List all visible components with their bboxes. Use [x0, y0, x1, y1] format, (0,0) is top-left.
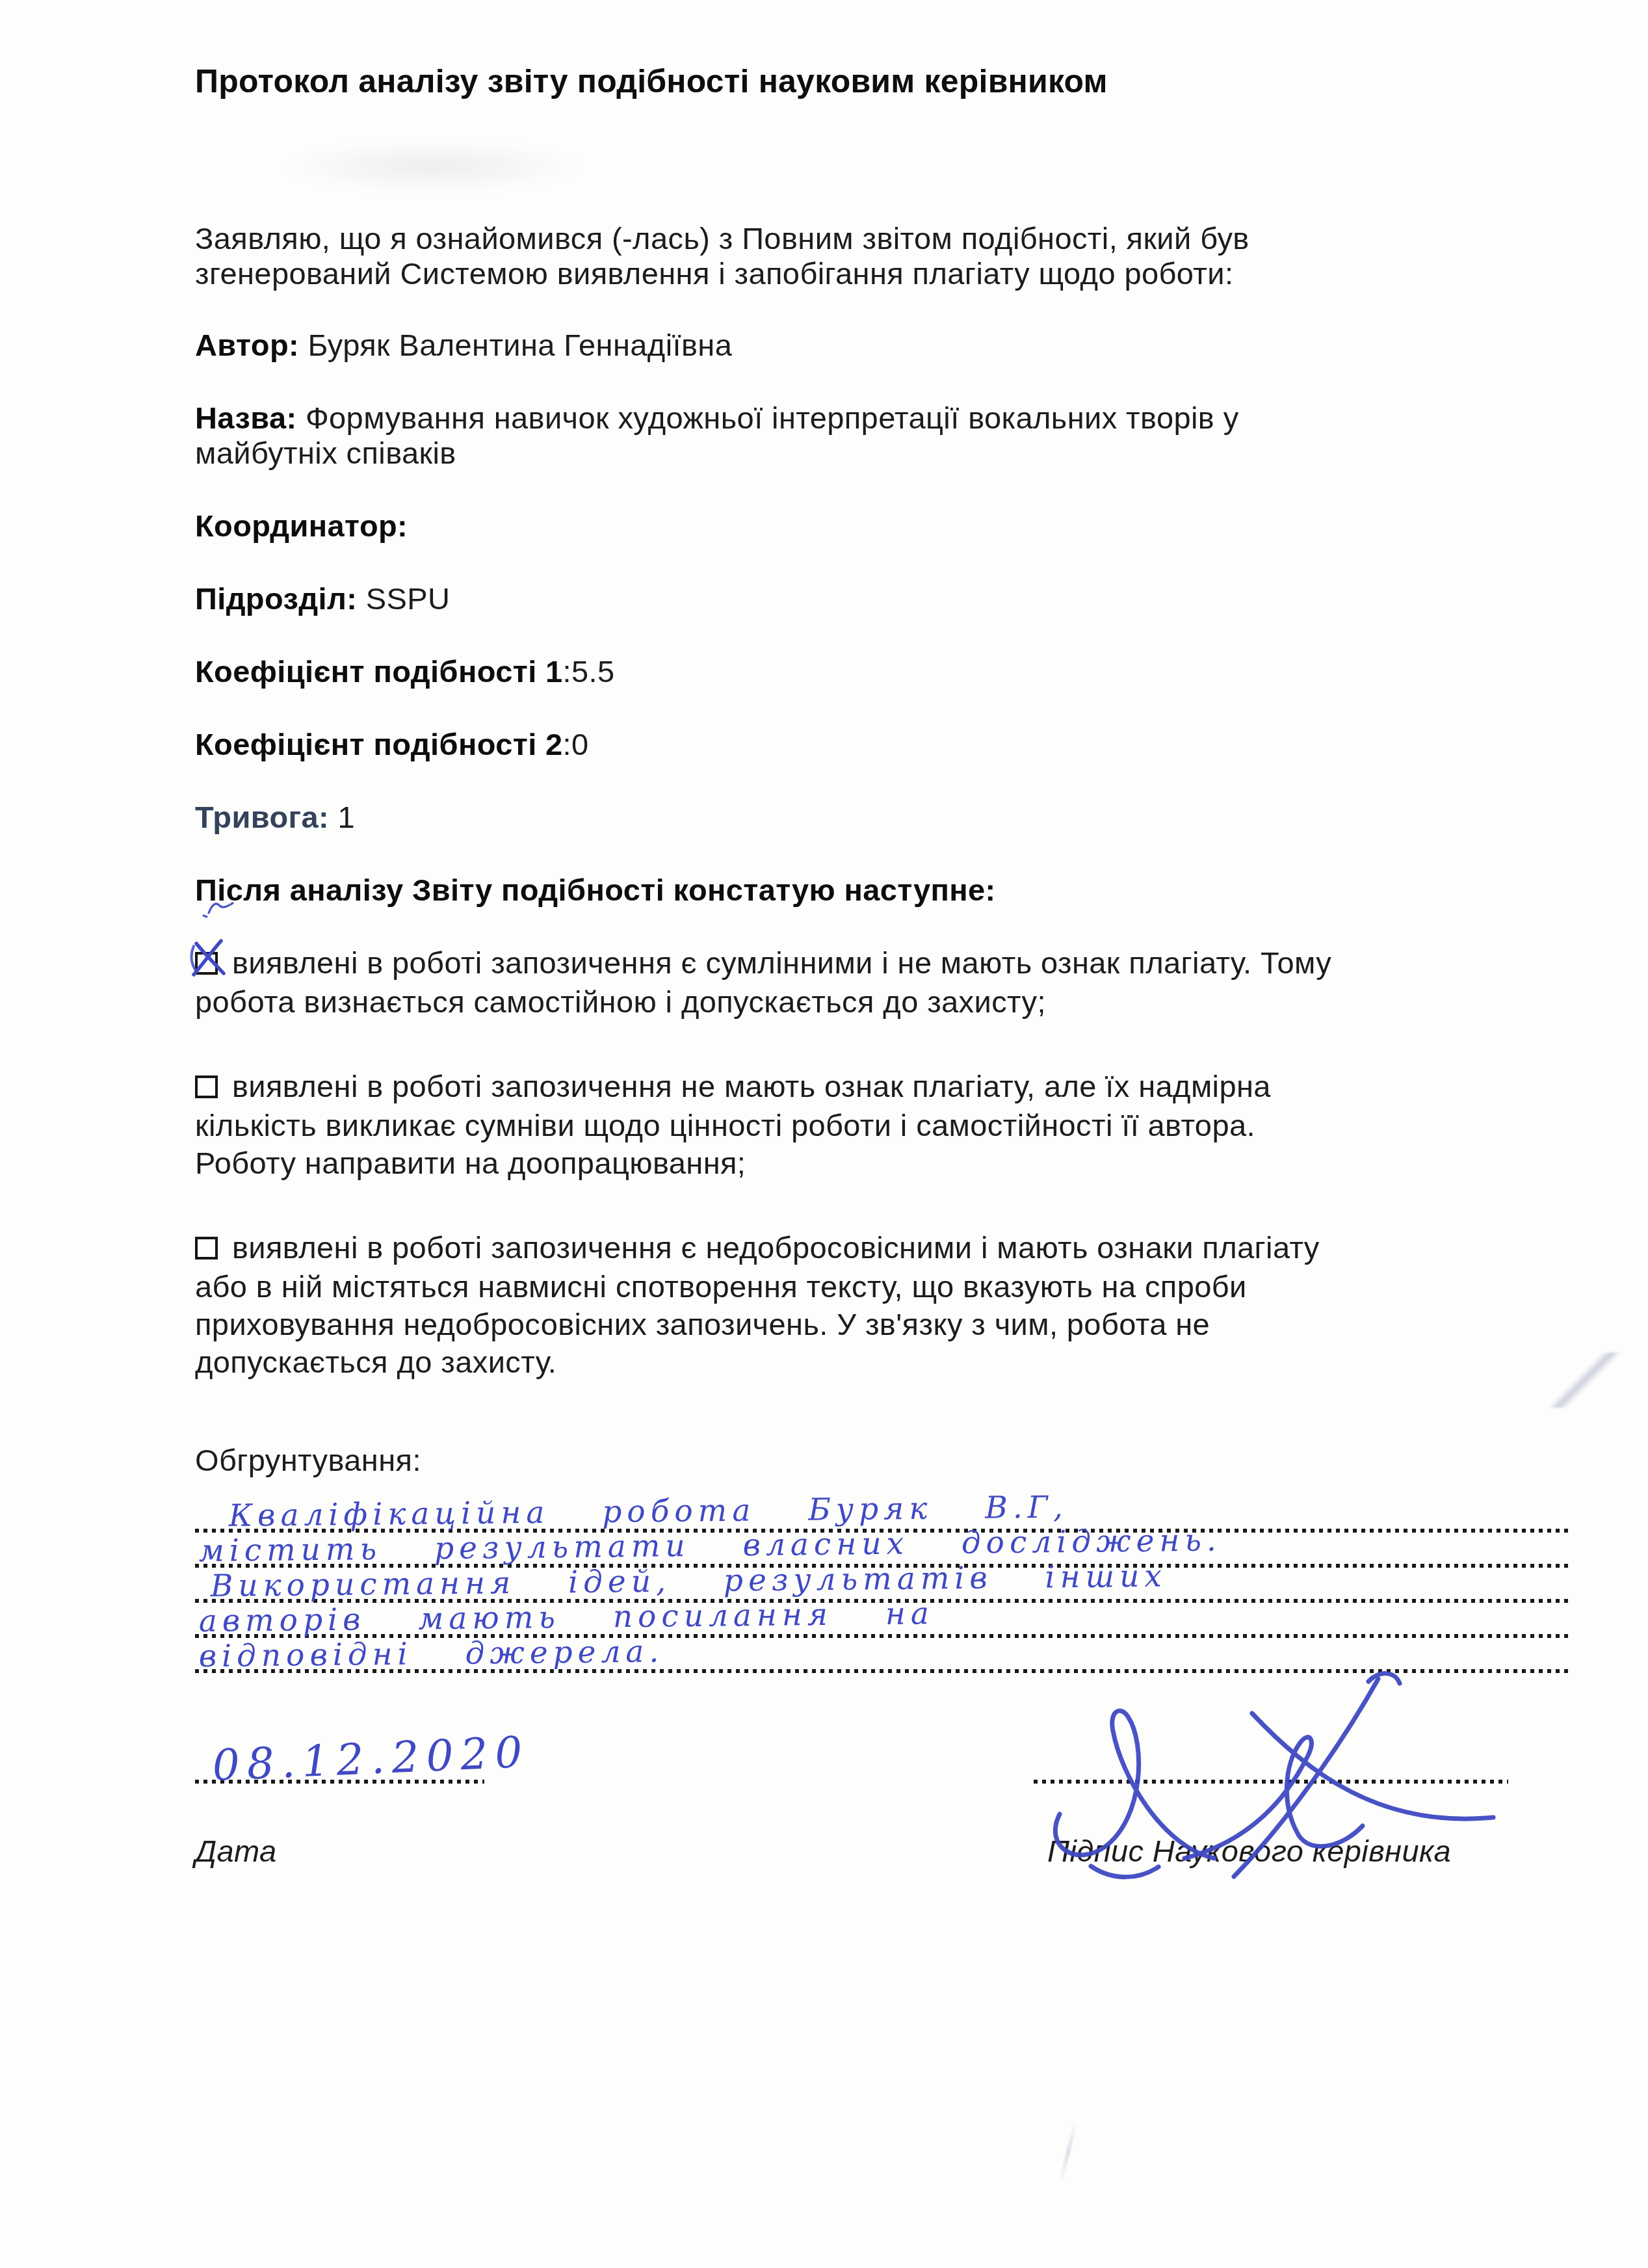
justification-lines: Кваліфікаційна робота Буряк В.Г, містить… [195, 1497, 1568, 1673]
signature-label: Підпис Наукового керівника [1047, 1834, 1451, 1869]
date-label: Дата [195, 1834, 277, 1869]
field-similarity-coefficient-1-value: :5.5 [563, 654, 615, 689]
checkbox-unchecked [195, 1230, 218, 1268]
handwritten-text-line: Використання ідей, результатів інших [211, 1561, 1168, 1602]
handwritten-date: 08.12.2020 [212, 1735, 530, 1784]
statement-heading: Після аналізу Звіту подібності констатую… [195, 873, 1568, 908]
field-unit-value: SSPU [357, 581, 450, 616]
checkbox-box-icon [195, 1237, 218, 1259]
option-text: виявлені в роботі запозичення є недоброс… [195, 1230, 1320, 1379]
field-name-label: Назва: [195, 401, 296, 435]
dotted-rule: авторів мають посилання на [195, 1603, 1568, 1638]
option-text: виявлені в роботі запозичення є сумлінни… [195, 945, 1331, 1019]
scanned-protocol-page: Протокол аналізу звіту подібності науков… [0, 0, 1648, 2268]
field-author-value: Буряк Валентина Геннадіївна [299, 328, 732, 362]
handwritten-text-line: відповідні джерела. [199, 1637, 664, 1672]
justification-label: Обгрунтування: [195, 1443, 1568, 1478]
handwritten-text-line: авторів мають посилання на [199, 1598, 935, 1637]
option-text: виявлені в роботі запозичення не мають о… [195, 1069, 1271, 1180]
field-name: Назва: Формування навичок художньої інте… [195, 401, 1568, 471]
field-similarity-coefficient-1: Коефіцієнт подібності 1:5.5 [195, 654, 1568, 689]
option-plagiarism-detected: виявлені в роботі запозичення є недоброс… [195, 1229, 1568, 1381]
field-similarity-coefficient-2-value: :0 [563, 727, 589, 761]
date-signature-row: 08.12.2020 [195, 1706, 1568, 1784]
field-coordinator-label: Координатор: [195, 508, 408, 543]
field-alert-value: 1 [329, 800, 355, 834]
field-author-label: Автор: [195, 328, 299, 362]
checkbox-unchecked [195, 1069, 218, 1107]
checkbox-box-icon [195, 952, 218, 975]
date-dotted-rule: 08.12.2020 [195, 1706, 484, 1784]
option-conscientious-borrowings: виявлені в роботі запозичення є сумлінни… [195, 944, 1568, 1021]
field-similarity-coefficient-2-label: Коефіцієнт подібності 2 [195, 727, 563, 761]
field-coordinator: Координатор: [195, 508, 1568, 544]
option-excessive-borrowings: виявлені в роботі запозичення не мають о… [195, 1068, 1568, 1182]
signature-dotted-rule [1034, 1706, 1508, 1784]
field-unit: Підрозділ: SSPU [195, 581, 1568, 616]
intro-paragraph: Заявляю, що я ознайомився (-лась) з Повн… [195, 221, 1568, 291]
field-alert-label: Тривога: [195, 800, 329, 834]
field-unit-label: Підрозділ: [195, 581, 357, 616]
field-name-value: Формування навичок художньої інтерпретац… [195, 401, 1239, 470]
document-body: Протокол аналізу звіту подібності науков… [195, 62, 1568, 1871]
checkbox-box-icon [195, 1075, 218, 1098]
field-similarity-coefficient-2: Коефіцієнт подібності 2:0 [195, 727, 1568, 762]
document-title: Протокол аналізу звіту подібності науков… [195, 62, 1568, 101]
dotted-rule: відповідні джерела. [195, 1638, 1568, 1673]
field-alert: Тривога: 1 [195, 800, 1568, 835]
field-similarity-coefficient-1-label: Коефіцієнт подібності 1 [195, 654, 563, 689]
field-author: Автор: Буряк Валентина Геннадіївна [195, 328, 1568, 363]
footer-labels: Дата Підпис Наукового керівника [195, 1834, 1568, 1871]
checkbox-checked [195, 945, 218, 983]
scan-smudge-artifact [1054, 2102, 1083, 2204]
